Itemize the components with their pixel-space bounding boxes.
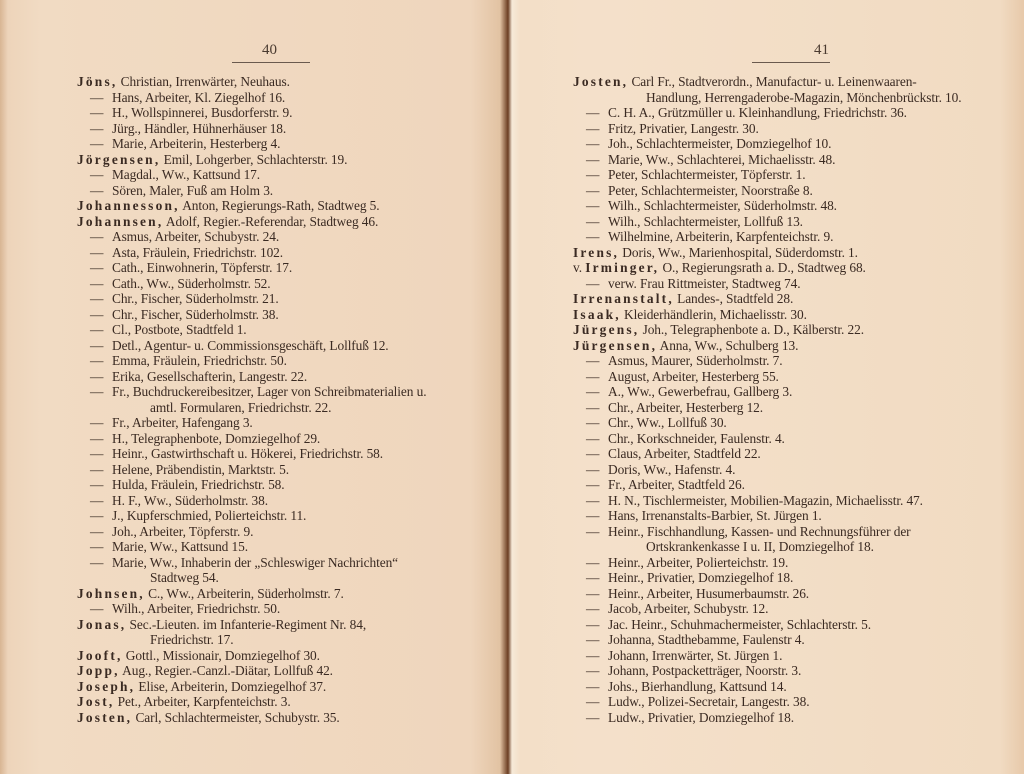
ditto-dash: —: [586, 477, 608, 493]
ditto-dash: —: [586, 524, 608, 540]
entry-continuation: Friedrichstr. 17.: [77, 632, 497, 648]
directory-sub-entry: —H. F., Ww., Süderholmstr. 38.: [77, 493, 497, 509]
entry-text: Johann, Postpacketträger, Noorstr. 3.: [608, 663, 801, 678]
entry-text: Magdal., Ww., Kattsund 17.: [112, 167, 260, 182]
directory-sub-entry: —Heinr., Privatier, Domziegelhof 18.: [573, 570, 1013, 586]
entry-text: Emma, Fräulein, Friedrichstr. 50.: [112, 353, 287, 368]
entry-text: Fr., Arbeiter, Hafengang 3.: [112, 415, 253, 430]
entry-text: Fritz, Privatier, Langestr. 30.: [608, 121, 759, 136]
directory-sub-entry: —Peter, Schlachtermeister, Noorstraße 8.: [573, 183, 1013, 199]
directory-entry: Jost, Pet., Arbeiter, Karpfenteichstr. 3…: [77, 694, 497, 710]
entry-text: Carl Fr., Stadtverordn., Manufactur- u. …: [628, 74, 916, 89]
ditto-dash: —: [90, 167, 112, 183]
surname: Josten,: [77, 710, 132, 725]
ditto-dash: —: [586, 415, 608, 431]
ditto-dash: —: [586, 384, 608, 400]
directory-entry: Josten, Carl, Schlachtermeister, Schubys…: [77, 710, 497, 726]
entry-text: verw. Frau Rittmeister, Stadtweg 74.: [608, 276, 800, 291]
name-prefix: v.: [573, 260, 585, 275]
directory-sub-entry: —Chr., Korkschneider, Faulenstr. 4.: [573, 431, 1013, 447]
directory-sub-entry: —Wilh., Arbeiter, Friedrichstr. 50.: [77, 601, 497, 617]
entry-text: Johanna, Stadthebamme, Faulenstr 4.: [608, 632, 805, 647]
directory-sub-entry: —Marie, Ww., Schlachterei, Michaelisstr.…: [573, 152, 1013, 168]
entry-text: Detl., Agentur- u. Commissionsgeschäft, …: [112, 338, 389, 353]
header-rule: [232, 62, 310, 63]
directory-sub-entry: —Johann, Irrenwärter, St. Jürgen 1.: [573, 648, 1013, 664]
directory-sub-entry: —Cath., Ww., Süderholmstr. 52.: [77, 276, 497, 292]
directory-sub-entry: —Ludw., Polizei-Secretair, Langestr. 38.: [573, 694, 1013, 710]
entry-text: Hans, Irrenanstalts-Barbier, St. Jürgen …: [608, 508, 822, 523]
directory-sub-entry: —Detl., Agentur- u. Commissionsgeschäft,…: [77, 338, 497, 354]
entry-text: Peter, Schlachtermeister, Noorstraße 8.: [608, 183, 813, 198]
directory-sub-entry: —H. N., Tischlermeister, Mobilien-Magazi…: [573, 493, 1013, 509]
entry-text: Jac. Heinr., Schuhmachermeister, Schlach…: [608, 617, 871, 632]
directory-sub-entry: —Heinr., Gastwirthschaft u. Hökerei, Fri…: [77, 446, 497, 462]
ditto-dash: —: [90, 229, 112, 245]
entry-continuation: Ortskrankenkasse I u. II, Domziegelhof 1…: [573, 539, 1013, 555]
entry-text: Fr., Arbeiter, Stadtfeld 26.: [608, 477, 745, 492]
ditto-dash: —: [586, 369, 608, 385]
directory-entry: Irens, Doris, Ww., Marienhospital, Süder…: [573, 245, 1013, 261]
directory-sub-entry: —Helene, Präbendistin, Marktstr. 5.: [77, 462, 497, 478]
ditto-dash: —: [586, 632, 608, 648]
directory-sub-entry: —Doris, Ww., Hafenstr. 4.: [573, 462, 1013, 478]
entry-text: Doris, Ww., Marienhospital, Süderdomstr.…: [619, 245, 858, 260]
entry-text: Sec.-Lieuten. im Infanterie-Regiment Nr.…: [126, 617, 366, 632]
entry-text: Elise, Arbeiterin, Domziegelhof 37.: [135, 679, 326, 694]
ditto-dash: —: [586, 508, 608, 524]
page-number: 41: [814, 42, 829, 59]
ditto-dash: —: [586, 586, 608, 602]
directory-sub-entry: —Johanna, Stadthebamme, Faulenstr 4.: [573, 632, 1013, 648]
directory-sub-entry: —Wilhelmine, Arbeiterin, Karpfenteichstr…: [573, 229, 1013, 245]
entry-text: Pet., Arbeiter, Karpfenteichstr. 3.: [114, 694, 290, 709]
directory-sub-entry: —A., Ww., Gewerbefrau, Gallberg 3.: [573, 384, 1013, 400]
entry-text: Joh., Telegraphenbote a. D., Kälberstr. …: [639, 322, 864, 337]
entry-text: Cl., Postbote, Stadtfeld 1.: [112, 322, 247, 337]
entry-text: C., Ww., Arbeiterin, Süderholmstr. 7.: [145, 586, 344, 601]
surname: Jonas,: [77, 617, 126, 632]
entry-text: Asta, Fräulein, Friedrichstr. 102.: [112, 245, 283, 260]
surname: Irens,: [573, 245, 619, 260]
entry-text: A., Ww., Gewerbefrau, Gallberg 3.: [608, 384, 792, 399]
entry-text: H., Telegraphenbote, Domziegelhof 29.: [112, 431, 320, 446]
surname: Jürgens,: [573, 322, 639, 337]
ditto-dash: —: [586, 353, 608, 369]
directory-sub-entry: —Wilh., Schlachtermeister, Süderholmstr.…: [573, 198, 1013, 214]
directory-sub-entry: —Asmus, Maurer, Süderholmstr. 7.: [573, 353, 1013, 369]
directory-sub-entry: —Emma, Fräulein, Friedrichstr. 50.: [77, 353, 497, 369]
entry-text: Heinr., Fischhandlung, Kassen- und Rechn…: [608, 524, 911, 539]
entry-text: Jacob, Arbeiter, Schubystr. 12.: [608, 601, 768, 616]
ditto-dash: —: [586, 601, 608, 617]
entry-text: Doris, Ww., Hafenstr. 4.: [608, 462, 735, 477]
surname: Irminger,: [585, 260, 659, 275]
entry-text: Anna, Ww., Schulberg 13.: [657, 338, 798, 353]
ditto-dash: —: [90, 90, 112, 106]
entry-text: Heinr., Arbeiter, Husumerbaumstr. 26.: [608, 586, 809, 601]
ditto-dash: —: [586, 167, 608, 183]
surname: Josten,: [573, 74, 628, 89]
ditto-dash: —: [586, 648, 608, 664]
directory-entry: Isaak, Kleiderhändlerin, Michaelisstr. 3…: [573, 307, 1013, 323]
directory-entry: Jonas, Sec.-Lieuten. im Infanterie-Regim…: [77, 617, 497, 633]
ditto-dash: —: [586, 710, 608, 726]
entry-text: Hulda, Fräulein, Friedrichstr. 58.: [112, 477, 285, 492]
directory-sub-entry: —Fr., Arbeiter, Hafengang 3.: [77, 415, 497, 431]
entry-text: Chr., Fischer, Süderholmstr. 38.: [112, 307, 279, 322]
directory-sub-entry: —Wilh., Schlachtermeister, Lollfuß 13.: [573, 214, 1013, 230]
ditto-dash: —: [586, 431, 608, 447]
directory-sub-entry: —Jac. Heinr., Schuhmachermeister, Schlac…: [573, 617, 1013, 633]
entry-text: Johs., Bierhandlung, Kattsund 14.: [608, 679, 787, 694]
ditto-dash: —: [90, 415, 112, 431]
directory-entry: Joseph, Elise, Arbeiterin, Domziegelhof …: [77, 679, 497, 695]
entry-text: Fr., Buchdruckereibesitzer, Lager von Sc…: [112, 384, 426, 399]
directory-sub-entry: —Joh., Schlachtermeister, Domziegelhof 1…: [573, 136, 1013, 152]
entry-text: Chr., Ww., Lollfuß 30.: [608, 415, 727, 430]
entry-text: Ludw., Polizei-Secretair, Langestr. 38.: [608, 694, 809, 709]
directory-sub-entry: —Fritz, Privatier, Langestr. 30.: [573, 121, 1013, 137]
entry-text: Marie, Ww., Inhaberin der „Schleswiger N…: [112, 555, 398, 570]
directory-entry: Jürgensen, Anna, Ww., Schulberg 13.: [573, 338, 1013, 354]
ditto-dash: —: [90, 493, 112, 509]
entry-text: Johann, Irrenwärter, St. Jürgen 1.: [608, 648, 782, 663]
entry-text: Christian, Irrenwärter, Neuhaus.: [117, 74, 289, 89]
directory-sub-entry: —Hans, Irrenanstalts-Barbier, St. Jürgen…: [573, 508, 1013, 524]
directory-sub-entry: —verw. Frau Rittmeister, Stadtweg 74.: [573, 276, 1013, 292]
ditto-dash: —: [90, 353, 112, 369]
entry-text: Asmus, Arbeiter, Schubystr. 24.: [112, 229, 279, 244]
ditto-dash: —: [90, 260, 112, 276]
ditto-dash: —: [586, 136, 608, 152]
directory-entry: Josten, Carl Fr., Stadtverordn., Manufac…: [573, 74, 1013, 90]
directory-sub-entry: —H., Wollspinnerei, Busdorferstr. 9.: [77, 105, 497, 121]
entry-text: Marie, Ww., Schlachterei, Michaelisstr. …: [608, 152, 835, 167]
entry-text: Kleiderhändlerin, Michaelisstr. 30.: [621, 307, 807, 322]
ditto-dash: —: [90, 183, 112, 199]
entry-text: Marie, Ww., Kattsund 15.: [112, 539, 248, 554]
ditto-dash: —: [586, 446, 608, 462]
directory-sub-entry: —Asmus, Arbeiter, Schubystr. 24.: [77, 229, 497, 245]
surname: Johannsen,: [77, 214, 163, 229]
ditto-dash: —: [90, 276, 112, 292]
entry-text: H., Wollspinnerei, Busdorferstr. 9.: [112, 105, 292, 120]
directory-sub-entry: —Cath., Einwohnerin, Töpferstr. 17.: [77, 260, 497, 276]
directory-sub-entry: —Hulda, Fräulein, Friedrichstr. 58.: [77, 477, 497, 493]
ditto-dash: —: [586, 493, 608, 509]
entry-text: Handlung, Herrengaderobe-Magazin, Mönche…: [646, 90, 962, 105]
ditto-dash: —: [586, 198, 608, 214]
ditto-dash: —: [586, 214, 608, 230]
entry-text: Emil, Lohgerber, Schlachterstr. 19.: [160, 152, 347, 167]
directory-sub-entry: —Johs., Bierhandlung, Kattsund 14.: [573, 679, 1013, 695]
directory-entry: Jörgensen, Emil, Lohgerber, Schlachterst…: [77, 152, 497, 168]
entry-continuation: amtl. Formularen, Friedrichstr. 22.: [77, 400, 497, 416]
entry-text: Friedrichstr. 17.: [150, 632, 233, 647]
directory-sub-entry: —Erika, Gesellschafterin, Langestr. 22.: [77, 369, 497, 385]
ditto-dash: —: [90, 121, 112, 137]
ditto-dash: —: [586, 617, 608, 633]
ditto-dash: —: [90, 601, 112, 617]
entry-text: Claus, Arbeiter, Stadtfeld 22.: [608, 446, 761, 461]
entry-text: Wilh., Arbeiter, Friedrichstr. 50.: [112, 601, 280, 616]
entry-text: Anton, Regierungs-Rath, Stadtweg 5.: [180, 198, 380, 213]
ditto-dash: —: [90, 477, 112, 493]
directory-sub-entry: —Peter, Schlachtermeister, Töpferstr. 1.: [573, 167, 1013, 183]
entry-text: Gottl., Missionair, Domziegelhof 30.: [123, 648, 320, 663]
ditto-dash: —: [90, 524, 112, 540]
entry-text: Heinr., Gastwirthschaft u. Hökerei, Frie…: [112, 446, 383, 461]
surname: Isaak,: [573, 307, 621, 322]
surname: Jörgensen,: [77, 152, 160, 167]
directory-sub-entry: —Marie, Ww., Inhaberin der „Schleswiger …: [77, 555, 497, 571]
directory-sub-entry: —Asta, Fräulein, Friedrichstr. 102.: [77, 245, 497, 261]
directory-sub-entry: —Ludw., Privatier, Domziegelhof 18.: [573, 710, 1013, 726]
directory-entry: Irrenanstalt, Landes-, Stadtfeld 28.: [573, 291, 1013, 307]
entry-text: Adolf, Regier.-Referendar, Stadtweg 46.: [163, 214, 378, 229]
ditto-dash: —: [90, 555, 112, 571]
entry-text: Sören, Maler, Fuß am Holm 3.: [112, 183, 273, 198]
directory-sub-entry: —H., Telegraphenbote, Domziegelhof 29.: [77, 431, 497, 447]
directory-sub-entry: —Chr., Arbeiter, Hesterberg 12.: [573, 400, 1013, 416]
surname: Johannesson,: [77, 198, 180, 213]
directory-entry: Johannsen, Adolf, Regier.-Referendar, St…: [77, 214, 497, 230]
entry-text: Carl, Schlachtermeister, Schubystr. 35.: [132, 710, 339, 725]
ditto-dash: —: [586, 276, 608, 292]
right-page: 41 Josten, Carl Fr., Stadtverordn., Manu…: [512, 0, 1024, 774]
ditto-dash: —: [90, 105, 112, 121]
ditto-dash: —: [90, 307, 112, 323]
entry-continuation: Handlung, Herrengaderobe-Magazin, Mönche…: [573, 90, 1013, 106]
entry-text: Landes-, Stadtfeld 28.: [674, 291, 793, 306]
entry-text: Joh., Arbeiter, Töpferstr. 9.: [112, 524, 253, 539]
entry-text: H. F., Ww., Süderholmstr. 38.: [112, 493, 268, 508]
directory-entry: Jürgens, Joh., Telegraphenbote a. D., Kä…: [573, 322, 1013, 338]
ditto-dash: —: [586, 229, 608, 245]
entry-text: Cath., Ww., Süderholmstr. 52.: [112, 276, 271, 291]
directory-sub-entry: —Heinr., Fischhandlung, Kassen- und Rech…: [573, 524, 1013, 540]
ditto-dash: —: [586, 555, 608, 571]
directory-sub-entry: —Sören, Maler, Fuß am Holm 3.: [77, 183, 497, 199]
surname: Jopp,: [77, 663, 120, 678]
directory-sub-entry: —Hans, Arbeiter, Kl. Ziegelhof 16.: [77, 90, 497, 106]
entry-text: Wilh., Schlachtermeister, Süderholmstr. …: [608, 198, 837, 213]
ditto-dash: —: [586, 694, 608, 710]
directory-sub-entry: —Marie, Arbeiterin, Hesterberg 4.: [77, 136, 497, 152]
ditto-dash: —: [586, 570, 608, 586]
ditto-dash: —: [586, 462, 608, 478]
surname: Jürgensen,: [573, 338, 657, 353]
ditto-dash: —: [90, 446, 112, 462]
entry-text: O., Regierungsrath a. D., Stadtweg 68.: [659, 260, 866, 275]
directory-sub-entry: —C. H. A., Grützmüller u. Kleinhandlung,…: [573, 105, 1013, 121]
entry-text: Asmus, Maurer, Süderholmstr. 7.: [608, 353, 783, 368]
entry-text: amtl. Formularen, Friedrichstr. 22.: [150, 400, 331, 415]
entry-text: Chr., Fischer, Süderholmstr. 21.: [112, 291, 279, 306]
entry-text: Heinr., Arbeiter, Polierteichstr. 19.: [608, 555, 788, 570]
directory-sub-entry: —Jacob, Arbeiter, Schubystr. 12.: [573, 601, 1013, 617]
directory-sub-entry: —Fr., Arbeiter, Stadtfeld 26.: [573, 477, 1013, 493]
entry-text: Cath., Einwohnerin, Töpferstr. 17.: [112, 260, 292, 275]
ditto-dash: —: [586, 663, 608, 679]
ditto-dash: —: [90, 245, 112, 261]
directory-entry: Jöns, Christian, Irrenwärter, Neuhaus.: [77, 74, 497, 90]
entry-text: Ortskrankenkasse I u. II, Domziegelhof 1…: [646, 539, 874, 554]
entry-text: August, Arbeiter, Hesterberg 55.: [608, 369, 779, 384]
entry-text: Hans, Arbeiter, Kl. Ziegelhof 16.: [112, 90, 285, 105]
entry-text: Chr., Arbeiter, Hesterberg 12.: [608, 400, 763, 415]
directory-entries: Jöns, Christian, Irrenwärter, Neuhaus.—H…: [77, 74, 497, 725]
ditto-dash: —: [90, 338, 112, 354]
directory-entries: Josten, Carl Fr., Stadtverordn., Manufac…: [573, 74, 1013, 725]
directory-entry: Jopp, Aug., Regier.-Canzl.-Diätar, Lollf…: [77, 663, 497, 679]
directory-sub-entry: —Claus, Arbeiter, Stadtfeld 22.: [573, 446, 1013, 462]
entry-continuation: Stadtweg 54.: [77, 570, 497, 586]
directory-entry: Johannesson, Anton, Regierungs-Rath, Sta…: [77, 198, 497, 214]
ditto-dash: —: [586, 121, 608, 137]
ditto-dash: —: [586, 400, 608, 416]
directory-sub-entry: —Johann, Postpacketträger, Noorstr. 3.: [573, 663, 1013, 679]
entry-text: Chr., Korkschneider, Faulenstr. 4.: [608, 431, 785, 446]
directory-sub-entry: —Fr., Buchdruckereibesitzer, Lager von S…: [77, 384, 497, 400]
directory-sub-entry: —Joh., Arbeiter, Töpferstr. 9.: [77, 524, 497, 540]
directory-sub-entry: —Jürg., Händler, Hühnerhäuser 18.: [77, 121, 497, 137]
ditto-dash: —: [586, 105, 608, 121]
directory-sub-entry: —Cl., Postbote, Stadtfeld 1.: [77, 322, 497, 338]
ditto-dash: —: [90, 291, 112, 307]
surname: Joseph,: [77, 679, 135, 694]
ditto-dash: —: [90, 539, 112, 555]
directory-entry: v. Irminger, O., Regierungsrath a. D., S…: [573, 260, 1013, 276]
ditto-dash: —: [90, 136, 112, 152]
page-number: 40: [262, 42, 277, 59]
directory-sub-entry: —Chr., Fischer, Süderholmstr. 38.: [77, 307, 497, 323]
directory-sub-entry: —August, Arbeiter, Hesterberg 55.: [573, 369, 1013, 385]
entry-text: Aug., Regier.-Canzl.-Diätar, Lollfuß 42.: [120, 663, 333, 678]
entry-text: Jürg., Händler, Hühnerhäuser 18.: [112, 121, 286, 136]
directory-sub-entry: —Heinr., Arbeiter, Husumerbaumstr. 26.: [573, 586, 1013, 602]
ditto-dash: —: [90, 322, 112, 338]
entry-text: Marie, Arbeiterin, Hesterberg 4.: [112, 136, 280, 151]
ditto-dash: —: [90, 462, 112, 478]
surname: Johnsen,: [77, 586, 145, 601]
directory-entry: Johnsen, C., Ww., Arbeiterin, Süderholms…: [77, 586, 497, 602]
directory-entry: Jooft, Gottl., Missionair, Domziegelhof …: [77, 648, 497, 664]
directory-sub-entry: —Heinr., Arbeiter, Polierteichstr. 19.: [573, 555, 1013, 571]
directory-sub-entry: —J., Kupferschmied, Polierteichstr. 11.: [77, 508, 497, 524]
entry-text: Heinr., Privatier, Domziegelhof 18.: [608, 570, 793, 585]
entry-text: C. H. A., Grützmüller u. Kleinhandlung, …: [608, 105, 907, 120]
left-page: 40 Jöns, Christian, Irrenwärter, Neuhaus…: [0, 0, 508, 774]
entry-text: Erika, Gesellschafterin, Langestr. 22.: [112, 369, 307, 384]
ditto-dash: —: [90, 384, 112, 400]
surname: Jost,: [77, 694, 114, 709]
entry-text: Wilhelmine, Arbeiterin, Karpfenteichstr.…: [608, 229, 833, 244]
header-rule: [752, 62, 830, 63]
ditto-dash: —: [90, 431, 112, 447]
entry-text: Stadtweg 54.: [150, 570, 219, 585]
directory-sub-entry: —Chr., Ww., Lollfuß 30.: [573, 415, 1013, 431]
ditto-dash: —: [586, 679, 608, 695]
directory-sub-entry: —Magdal., Ww., Kattsund 17.: [77, 167, 497, 183]
ditto-dash: —: [90, 369, 112, 385]
entry-text: Ludw., Privatier, Domziegelhof 18.: [608, 710, 794, 725]
surname: Jooft,: [77, 648, 123, 663]
book-spread: 40 Jöns, Christian, Irrenwärter, Neuhaus…: [0, 0, 1024, 774]
entry-text: Wilh., Schlachtermeister, Lollfuß 13.: [608, 214, 803, 229]
ditto-dash: —: [90, 508, 112, 524]
entry-text: Helene, Präbendistin, Marktstr. 5.: [112, 462, 289, 477]
entry-text: J., Kupferschmied, Polierteichstr. 11.: [112, 508, 306, 523]
directory-sub-entry: —Marie, Ww., Kattsund 15.: [77, 539, 497, 555]
ditto-dash: —: [586, 183, 608, 199]
entry-text: Peter, Schlachtermeister, Töpferstr. 1.: [608, 167, 805, 182]
entry-text: Joh., Schlachtermeister, Domziegelhof 10…: [608, 136, 831, 151]
entry-text: H. N., Tischlermeister, Mobilien-Magazin…: [608, 493, 923, 508]
ditto-dash: —: [586, 152, 608, 168]
surname: Jöns,: [77, 74, 117, 89]
directory-sub-entry: —Chr., Fischer, Süderholmstr. 21.: [77, 291, 497, 307]
surname: Irrenanstalt,: [573, 291, 674, 306]
